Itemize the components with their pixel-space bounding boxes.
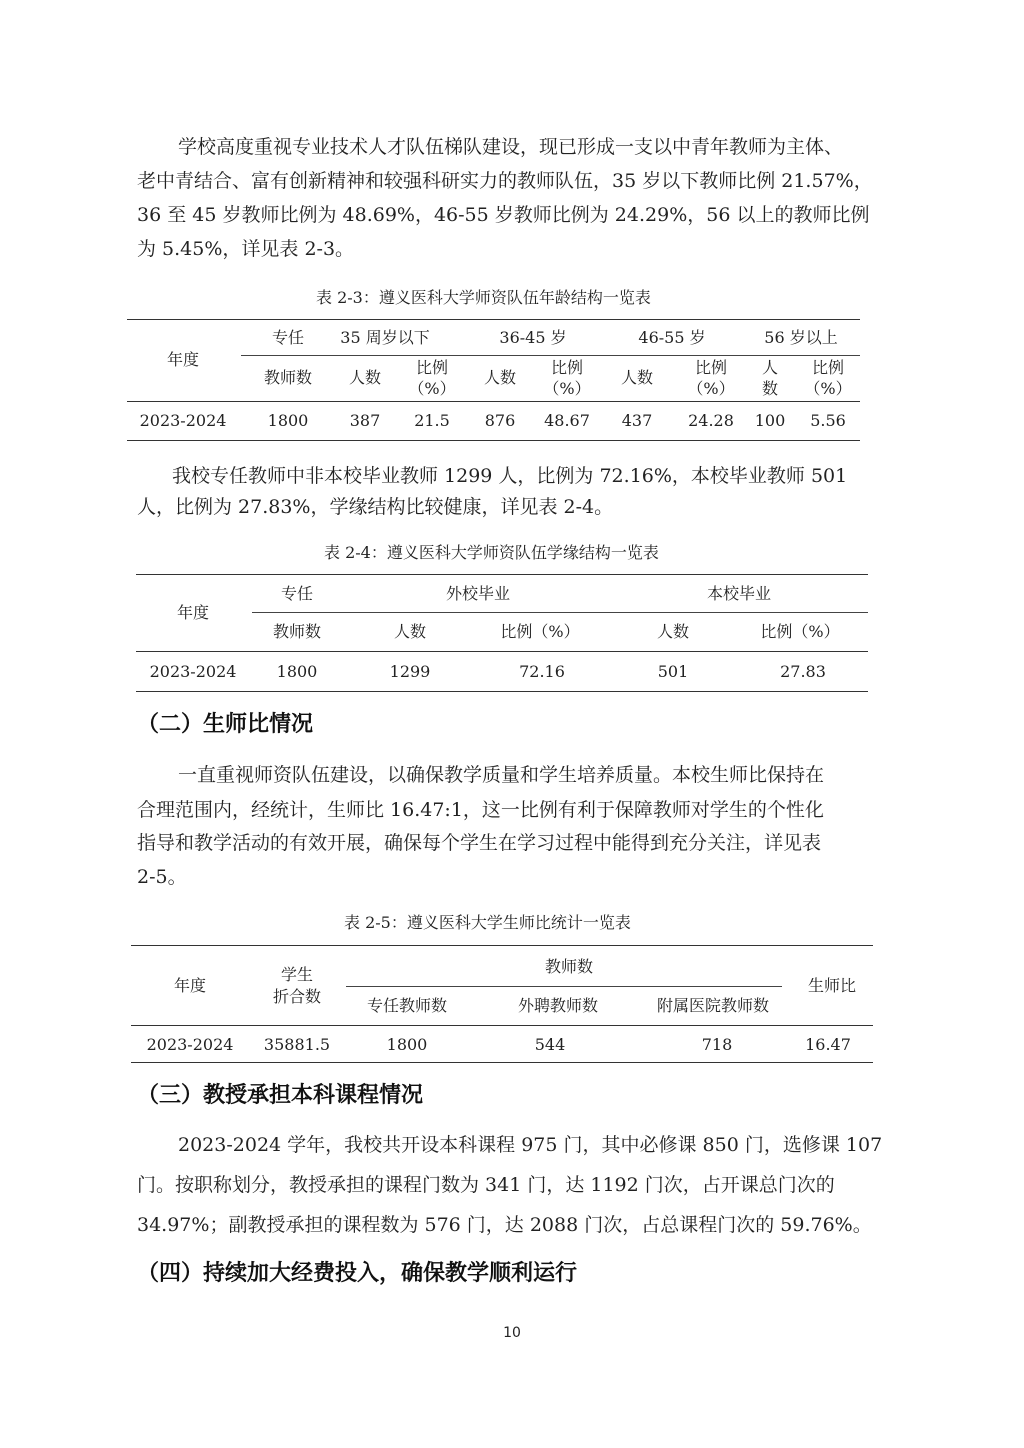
cell-external: 544	[535, 1035, 566, 1055]
cell-46-55-count: 437	[622, 411, 653, 431]
cell-36-45-count: 876	[485, 411, 516, 431]
text-line: 一直重视师资队伍建设，以确保教学质量和学生培养质量。本校生师比保持在	[178, 760, 824, 787]
cell-total: 1800	[268, 411, 309, 431]
header-teacher-count: 教师数	[264, 368, 312, 388]
table-caption: 表 2-3：遵义医科大学师资队伍年龄结构一览表	[316, 285, 651, 308]
cell-46-55-ratio: 24.28	[688, 411, 734, 431]
cell-internal-count: 501	[658, 662, 689, 682]
text-line: 老中青结合、富有创新精神和较强科研实力的教师队伍，35 岁以下教师比例 21.5…	[137, 166, 873, 193]
header-count: 人数	[657, 622, 689, 642]
table-top-rule	[136, 574, 868, 575]
text-line: 门。按职称划分，教授承担的课程门数为 341 门，达 1192 门次，占开课总门…	[137, 1170, 835, 1197]
cell-external-ratio: 72.16	[519, 662, 565, 682]
text-line: 2023-2024 学年，我校共开设本科课程 975 门，其中必修课 850 门…	[178, 1130, 882, 1157]
cell-total: 1800	[277, 662, 318, 682]
table-header-rule	[136, 651, 868, 652]
cell-year: 2023-2024	[140, 411, 227, 431]
text-line: 为 5.45%，详见表 2-3。	[137, 234, 354, 261]
header-year: 年度	[177, 603, 209, 623]
cell-over56-ratio: 5.56	[810, 411, 846, 431]
section-heading: （三）教授承担本科课程情况	[137, 1078, 423, 1109]
text-line: 2-5。	[137, 862, 187, 889]
table-mid-rule	[252, 612, 868, 613]
header-ratio: 比例	[416, 358, 448, 378]
header-fulltime-teachers: 专任教师数	[367, 996, 447, 1016]
cell-external-count: 1299	[390, 662, 431, 682]
text-line: 34.97%；副教授承担的课程数为 576 门，达 2088 门次，占总课程门次…	[137, 1210, 872, 1237]
table-caption: 表 2-4：遵义医科大学师资队伍学缘结构一览表	[324, 540, 659, 563]
text-line: 合理范围内，经统计，生师比 16.47:1，这一比例有利于保障教师对学生的个性化	[137, 795, 824, 822]
table-bottom-rule	[131, 1062, 873, 1063]
table-caption: 表 2-5：遵义医科大学生师比统计一览表	[344, 910, 631, 933]
cell-internal-ratio: 27.83	[780, 662, 826, 682]
header-external-teachers: 外聘教师数	[518, 996, 598, 1016]
header-count: 人数	[484, 368, 516, 388]
section-heading: （四）持续加大经费投入，确保教学顺利运行	[137, 1256, 577, 1287]
header-student-line1: 学生	[281, 965, 313, 985]
header-count: 人数	[394, 622, 426, 642]
cell-year: 2023-2024	[150, 662, 237, 682]
header-fulltime: 专任	[281, 584, 313, 604]
header-ratio: 比例	[695, 358, 727, 378]
header-percent: （%）	[804, 379, 851, 399]
header-student-line2: 折合数	[273, 987, 321, 1007]
table-top-rule	[131, 945, 873, 946]
header-external-grad: 外校毕业	[446, 584, 510, 604]
header-count: 人数	[349, 368, 381, 388]
header-percent: （%）	[408, 379, 455, 399]
cell-ratio: 16.47	[805, 1035, 851, 1055]
page-number: 10	[503, 1325, 521, 1341]
cell-36-45-ratio: 48.67	[544, 411, 590, 431]
text-line: 学校高度重视专业技术人才队伍梯队建设，现已形成一支以中青年教师为主体、	[178, 132, 843, 159]
table-bottom-rule	[136, 691, 868, 692]
cell-year: 2023-2024	[147, 1035, 234, 1055]
cell-students: 35881.5	[264, 1035, 330, 1055]
header-year: 年度	[174, 976, 206, 996]
cell-hospital: 718	[702, 1035, 733, 1055]
header-hospital-teachers: 附属医院教师数	[657, 996, 769, 1016]
cell-under35-ratio: 21.5	[414, 411, 450, 431]
header-ratio: 比例	[812, 358, 844, 378]
header-ratio: 比例（%）	[760, 622, 839, 642]
header-fulltime: 专任	[272, 328, 304, 348]
header-under35: 35 周岁以下	[340, 328, 429, 348]
table-top-rule	[127, 319, 860, 320]
header-count: 人数	[621, 368, 653, 388]
table-mid-rule	[241, 355, 860, 356]
header-teacher-count: 教师数	[545, 957, 593, 977]
section-heading: （二）生师比情况	[137, 707, 313, 738]
table-header-rule	[127, 401, 860, 402]
header-percent: （%）	[687, 379, 734, 399]
cell-fulltime: 1800	[387, 1035, 428, 1055]
header-ratio: 比例	[551, 358, 583, 378]
text-line: 人，比例为 27.83%，学缘结构比较健康，详见表 2-4。	[137, 492, 613, 519]
table-bottom-rule	[127, 440, 860, 441]
cell-under35-count: 387	[350, 411, 381, 431]
header-46-55: 46-55 岁	[638, 328, 705, 348]
header-internal-grad: 本校毕业	[707, 584, 771, 604]
text-line: 指导和教学活动的有效开展，确保每个学生在学习过程中能得到充分关注，详见表	[137, 828, 821, 855]
text-line: 我校专任教师中非本校毕业教师 1299 人，比例为 72.16%，本校毕业教师 …	[172, 461, 847, 488]
header-count-line1: 人	[762, 358, 778, 378]
text-line: 36 至 45 岁教师比例为 48.69%，46-55 岁教师比例为 24.29…	[137, 200, 869, 227]
table-header-rule	[131, 1025, 873, 1026]
header-36-45: 36-45 岁	[499, 328, 566, 348]
header-teacher-count: 教师数	[273, 622, 321, 642]
table-mid-rule	[346, 986, 782, 987]
header-ratio: 比例（%）	[500, 622, 579, 642]
header-percent: （%）	[543, 379, 590, 399]
cell-over56-count: 100	[755, 411, 786, 431]
header-over56: 56 岁以上	[764, 328, 837, 348]
header-year: 年度	[167, 350, 199, 370]
header-ratio: 生师比	[808, 976, 856, 996]
header-count-line2: 数	[762, 379, 778, 399]
